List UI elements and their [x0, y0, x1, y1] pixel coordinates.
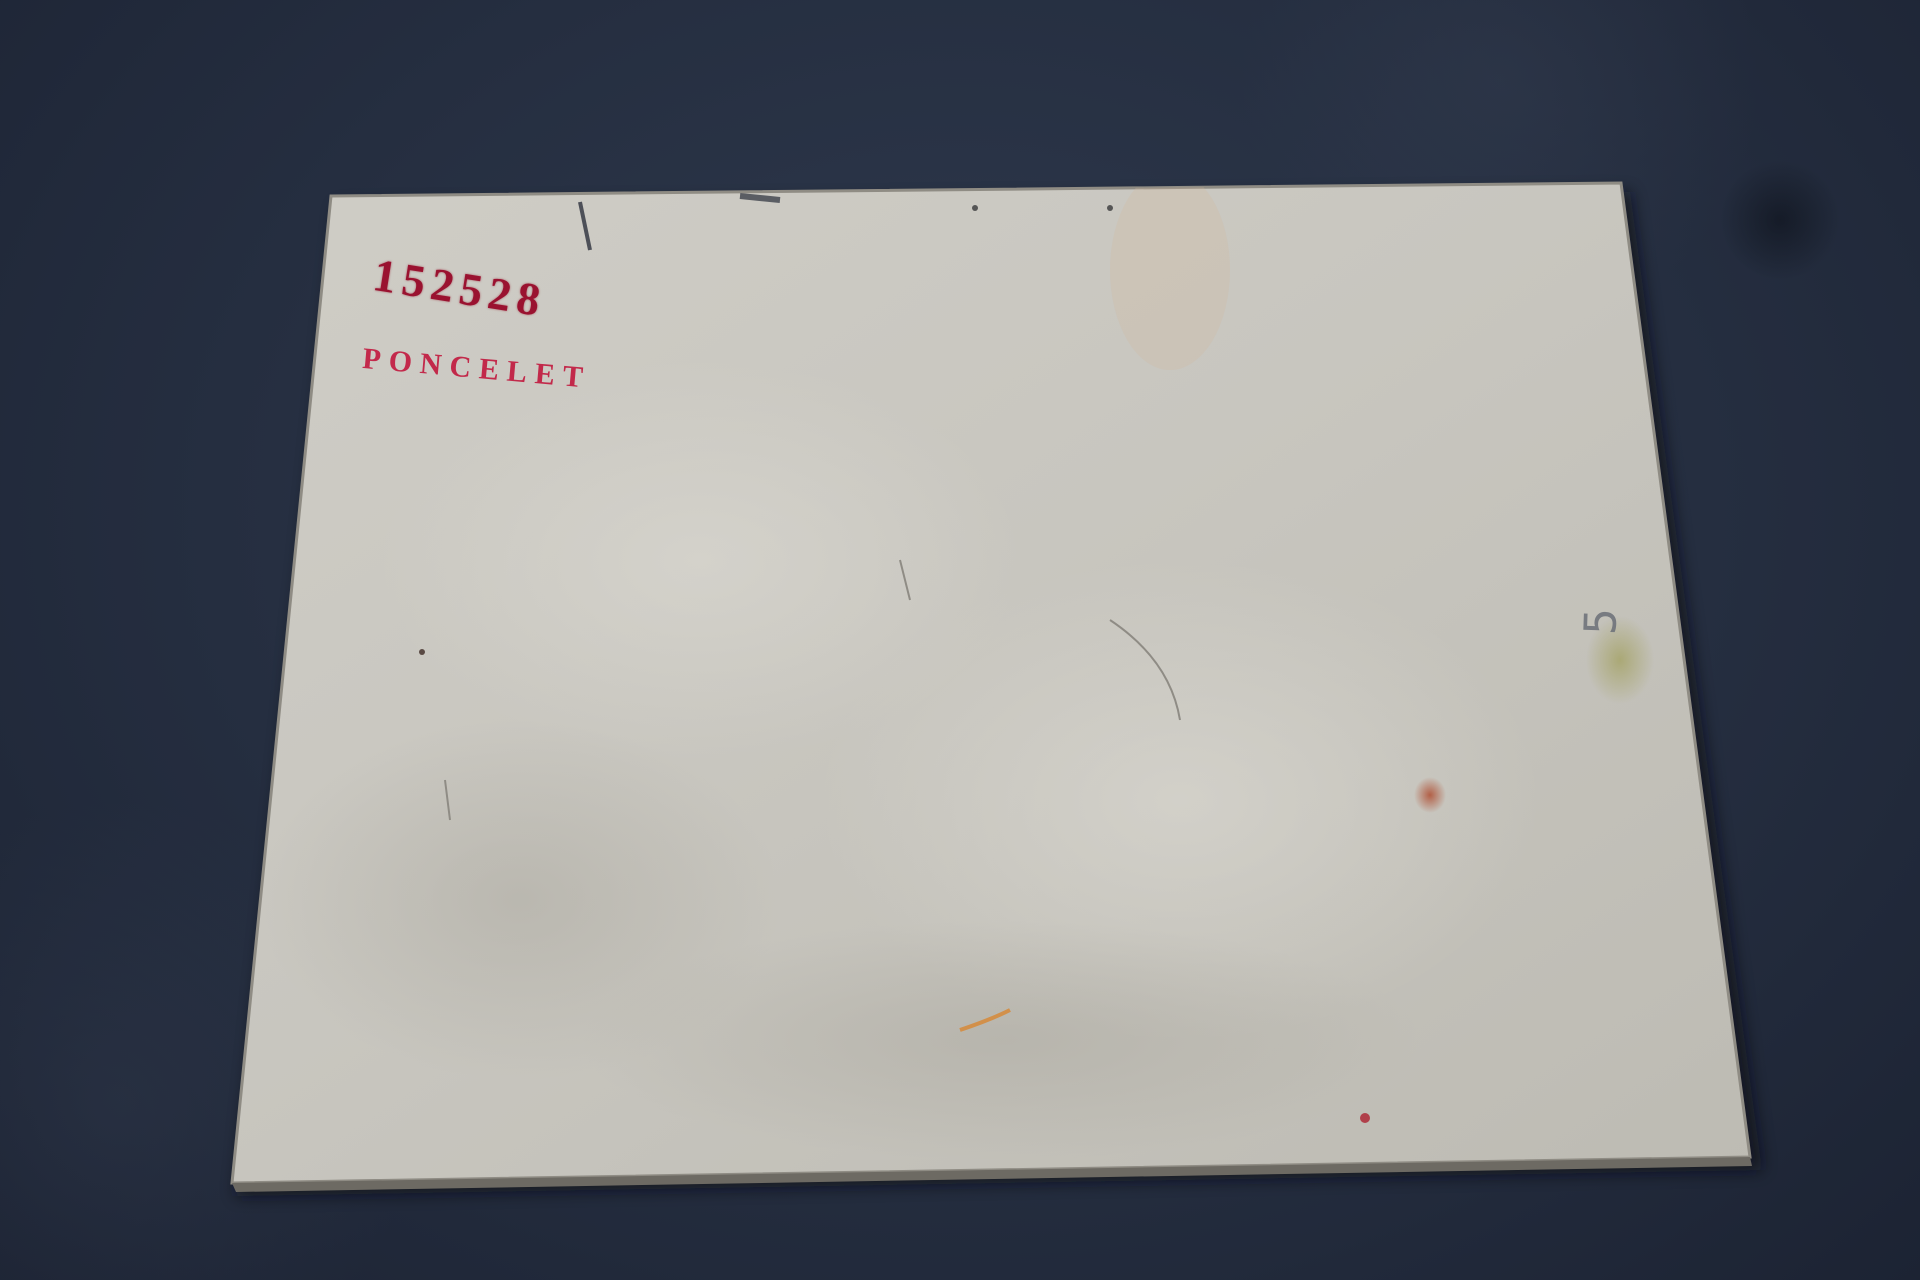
painted-board-back	[0, 0, 1920, 1280]
stencil-number: 5	[1575, 607, 1627, 635]
